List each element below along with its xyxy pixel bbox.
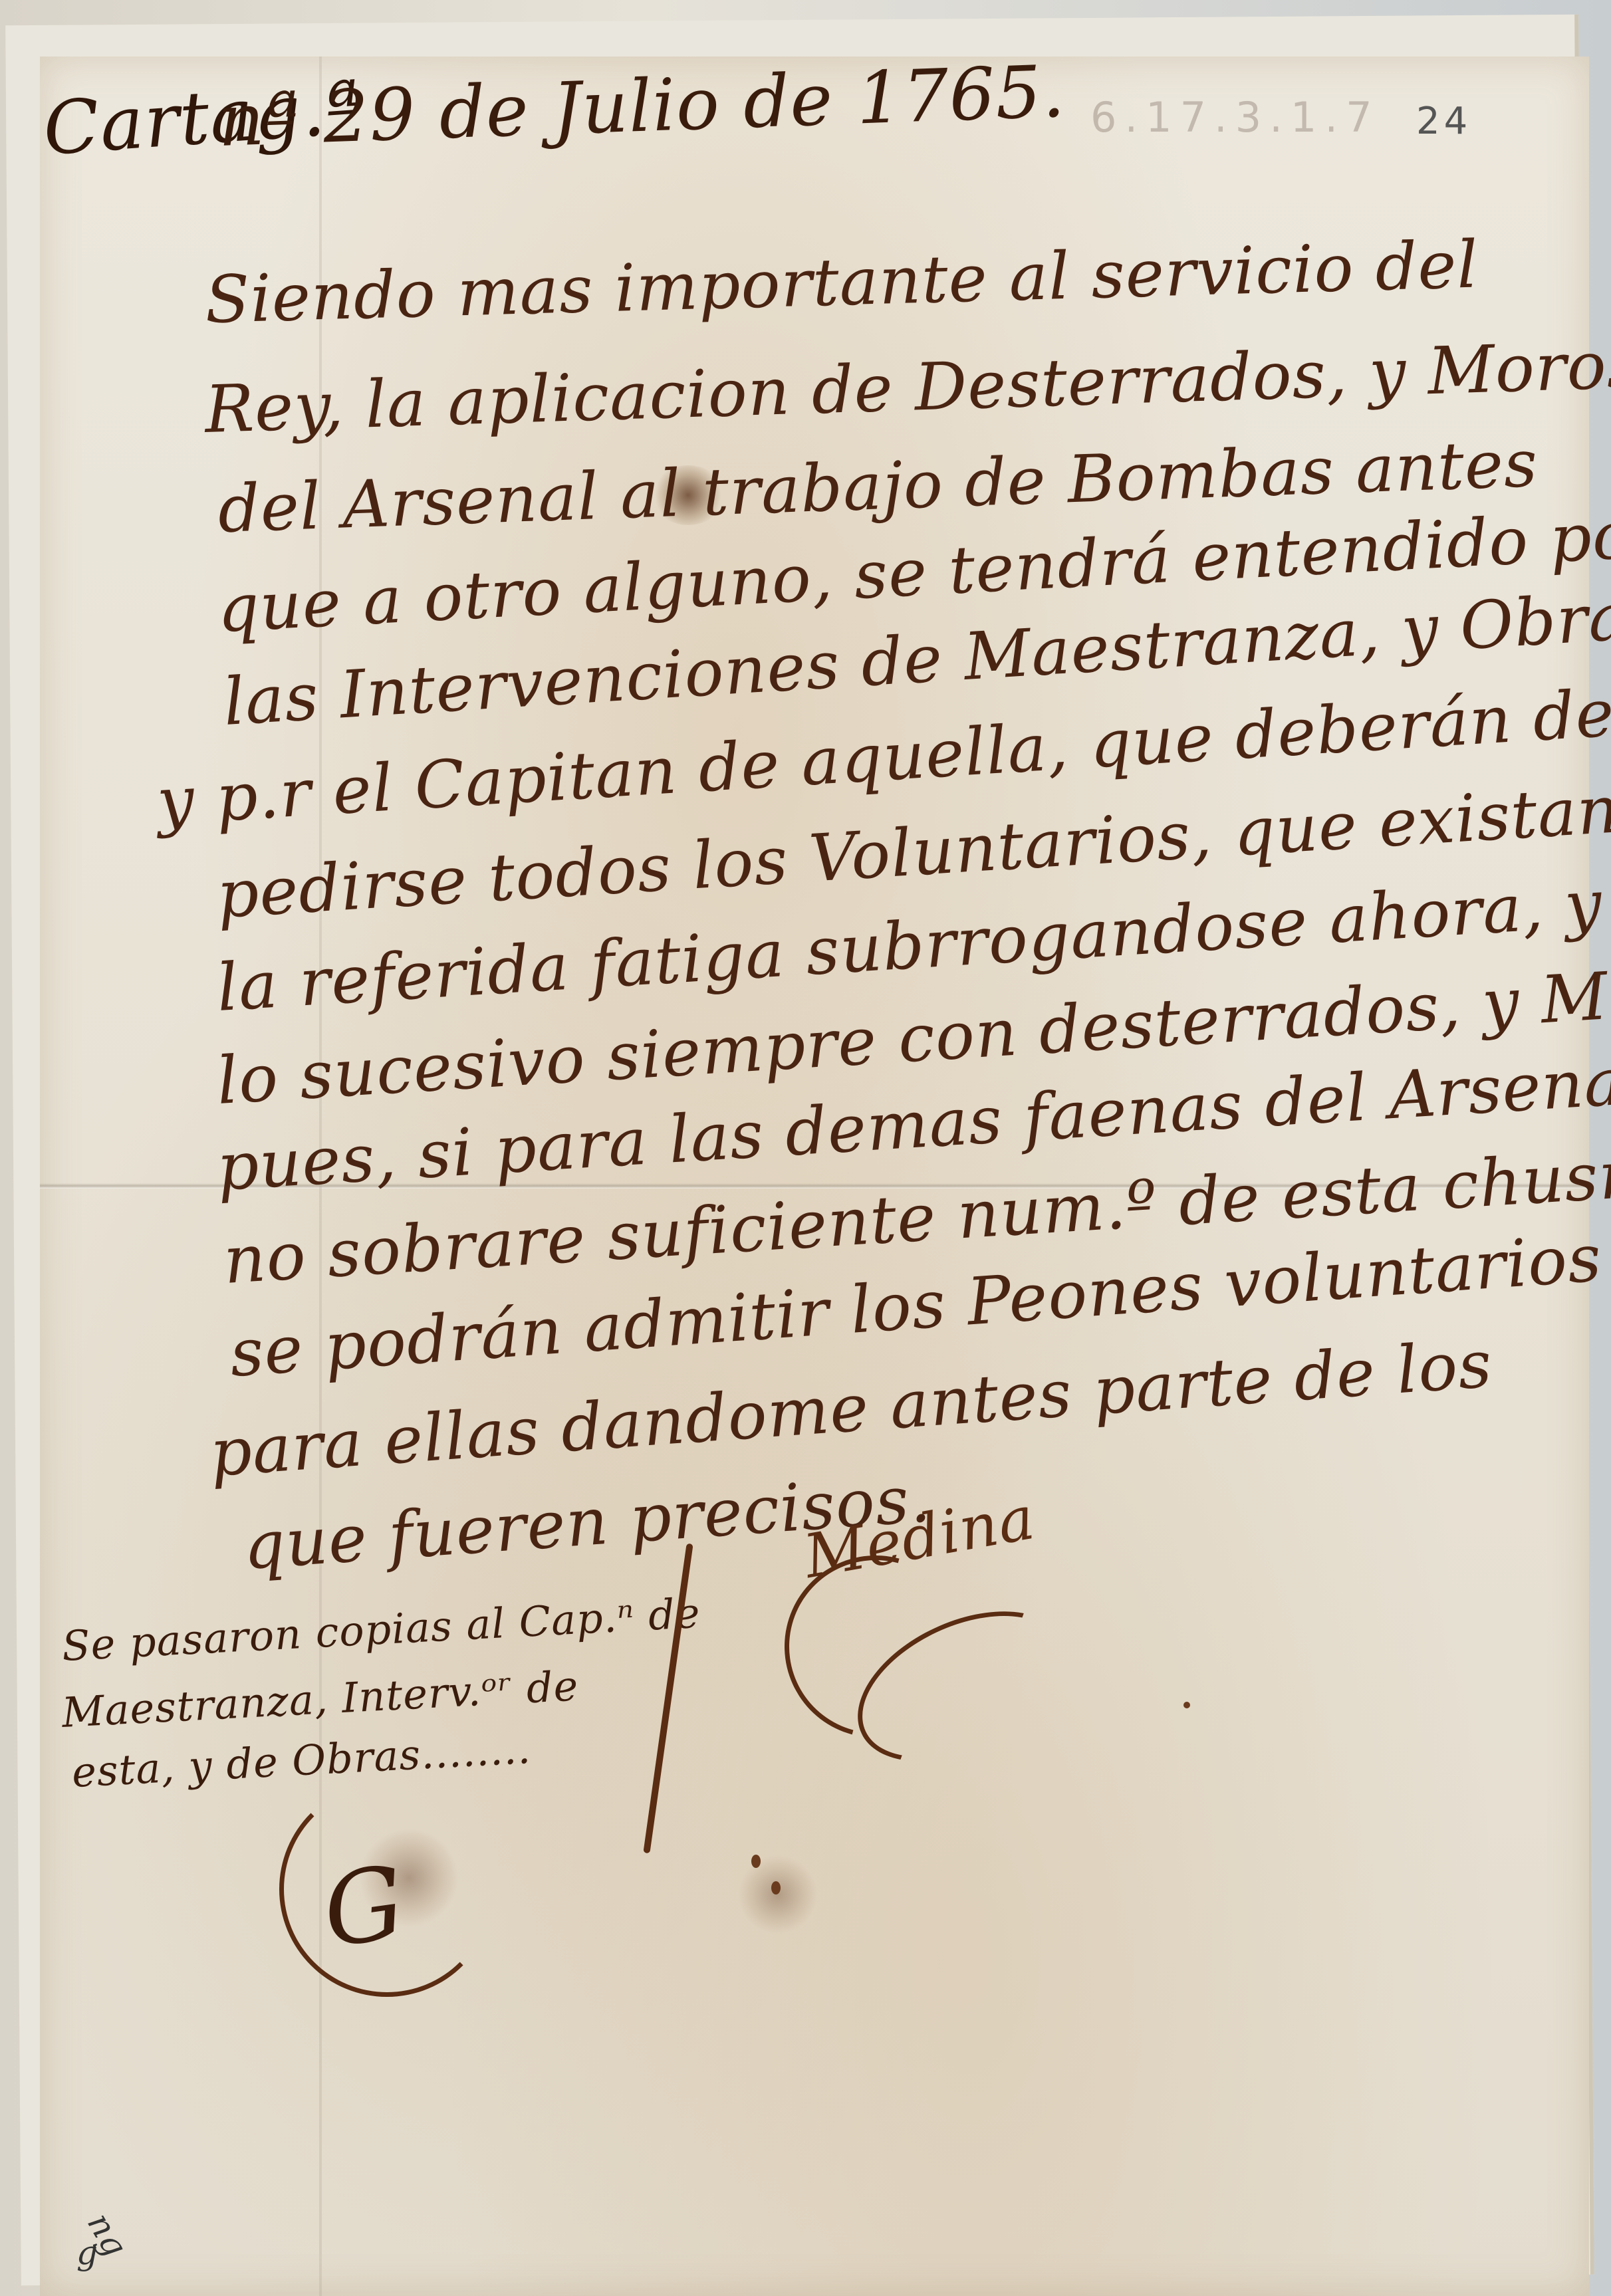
ink-speck: [751, 1855, 761, 1868]
faded-archive-stamp: 6.17.3.1.7: [1090, 93, 1380, 142]
ink-speck: [1183, 1702, 1190, 1708]
edge-mark-2: g: [76, 2234, 98, 2272]
water-stain: [738, 1855, 818, 1934]
ink-speck: [771, 1881, 781, 1894]
paraph-loop: [279, 1781, 495, 1997]
folio-number: 24: [1416, 100, 1471, 143]
